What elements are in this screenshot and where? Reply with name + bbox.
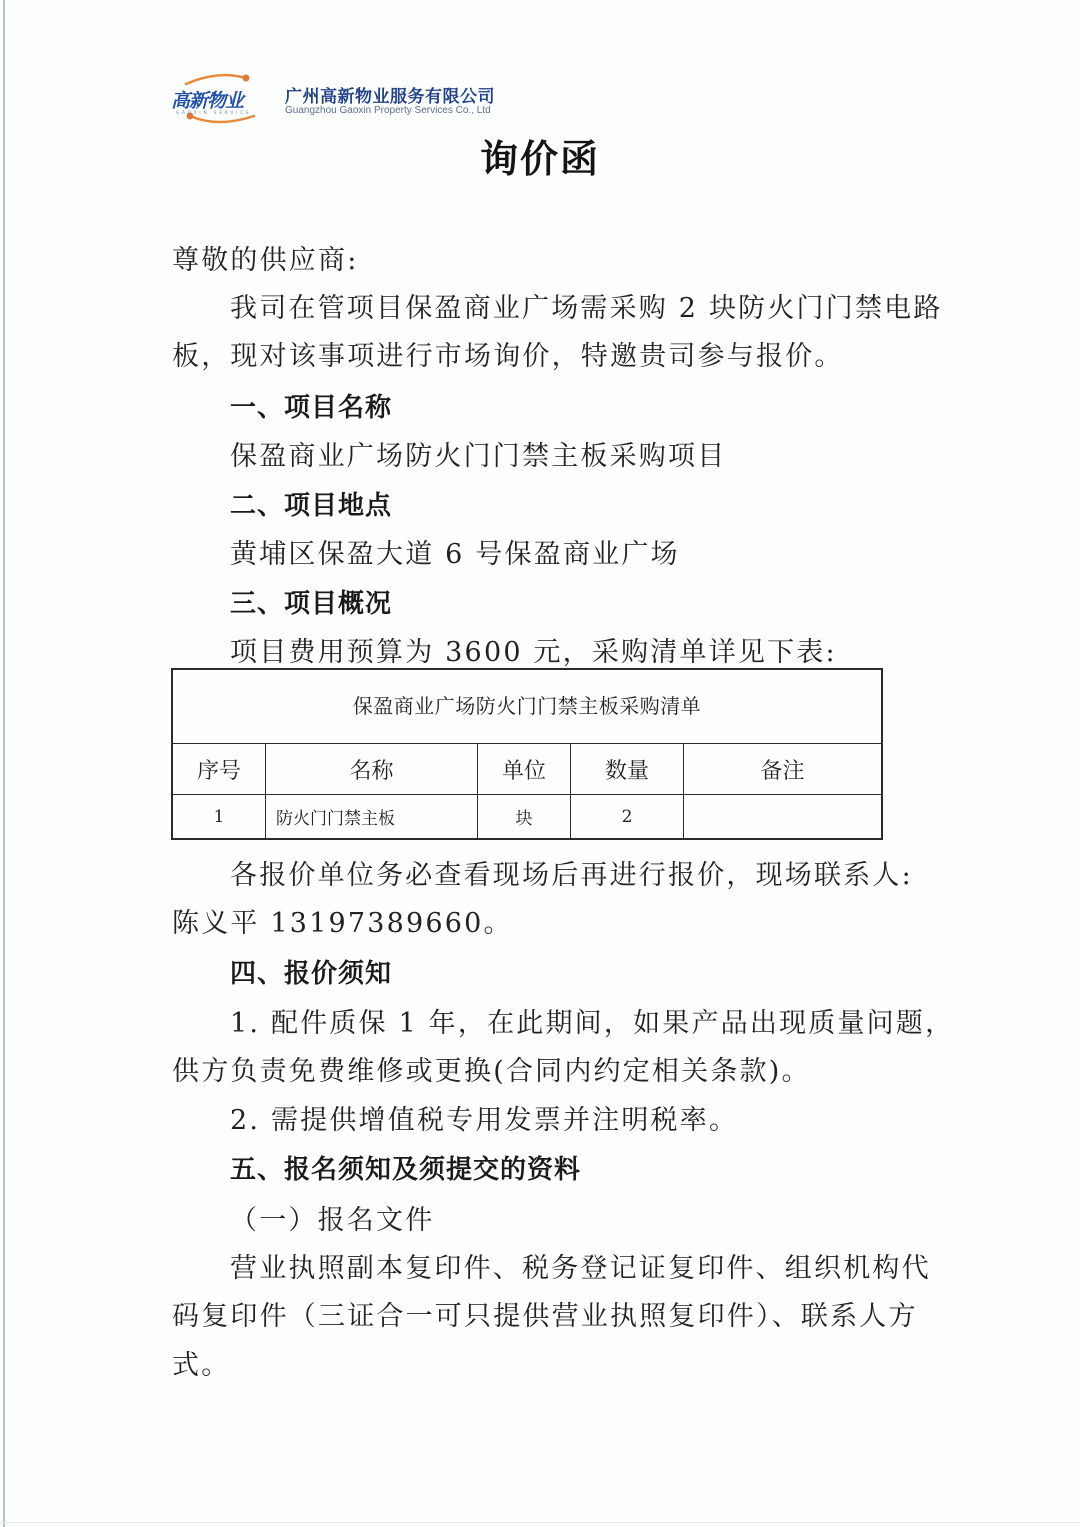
cell-index: 1 (173, 795, 266, 838)
site-visit-line-2: 陈义平 13197389660。 (172, 901, 513, 940)
procurement-table: 保盈商业广场防火门门禁主板采购清单 序号 名称 单位 数量 备注 1 防火门门禁… (171, 668, 883, 840)
header-index: 序号 (173, 744, 266, 794)
header-quantity: 数量 (571, 744, 684, 794)
document-title: 询价函 (0, 128, 1080, 183)
table-caption: 保盈商业广场防火门门禁主板采购清单 (173, 670, 881, 744)
section-5-sub-1: （一）报名文件 (230, 1198, 434, 1237)
scan-edge-line (3, 0, 5, 1527)
section-5-sub-1-line-2: 码复印件（三证合一可只提供营业执照复印件）、联系人方 (172, 1294, 918, 1333)
header-remarks: 备注 (684, 744, 881, 794)
salutation: 尊敬的供应商: (172, 238, 359, 277)
section-4-item-1-line-2: 供方负责免费维修或更换(合同内约定相关条款)。 (172, 1049, 811, 1088)
logo-subtext: GAOXIN SERVICE (176, 110, 252, 115)
intro-line-2: 板，现对该事项进行市场询价，特邀贵司参与报价。 (172, 334, 844, 373)
letterhead: 高新物业 GAOXIN SERVICE 广州高新物业服务有限公司 Guangzh… (168, 68, 528, 130)
cell-name: 防火门门禁主板 (266, 795, 478, 838)
site-visit-line-1: 各报价单位务必查看现场后再进行报价，现场联系人: (230, 853, 913, 892)
section-4-item-1-line-1: 1. 配件质保 1 年，在此期间，如果产品出现质量问题， (230, 1001, 954, 1040)
logo-text: 高新物业 (171, 86, 243, 113)
table-row: 1 防火门门禁主板 块 2 (173, 795, 881, 838)
section-5-sub-1-line-1: 营业执照副本复印件、税务登记证复印件、组织机构代 (230, 1246, 931, 1285)
company-logo: 高新物业 GAOXIN SERVICE (168, 68, 274, 128)
company-name-en: Guangzhou Gaoxin Property Services Co., … (285, 105, 491, 116)
section-3-body: 项目费用预算为 3600 元，采购清单详见下表: (230, 630, 837, 669)
section-4-item-2: 2. 需提供增值税专用发票并注明税率。 (230, 1098, 738, 1137)
cell-remarks (684, 795, 881, 838)
section-5-heading: 五、报名须知及须提交的资料 (230, 1149, 581, 1186)
header-name: 名称 (266, 744, 478, 794)
scan-bottom-line (0, 1522, 1080, 1523)
section-1-heading: 一、项目名称 (230, 387, 392, 424)
section-3-heading: 三、项目概况 (230, 583, 392, 620)
section-2-heading: 二、项目地点 (230, 485, 392, 522)
company-name-cn: 广州高新物业服务有限公司 (285, 82, 495, 107)
table-header-row: 序号 名称 单位 数量 备注 (173, 744, 881, 795)
section-1-body: 保盈商业广场防火门门禁主板采购项目 (230, 434, 726, 473)
header-unit: 单位 (478, 744, 571, 794)
section-2-body: 黄埔区保盈大道 6 号保盈商业广场 (230, 532, 680, 571)
cell-quantity: 2 (571, 795, 684, 838)
section-4-heading: 四、报价须知 (230, 953, 392, 990)
intro-line-1: 我司在管项目保盈商业广场需采购 2 块防火门门禁电路 (230, 286, 943, 325)
cell-unit: 块 (478, 795, 571, 838)
section-5-sub-1-line-3: 式。 (172, 1343, 230, 1382)
